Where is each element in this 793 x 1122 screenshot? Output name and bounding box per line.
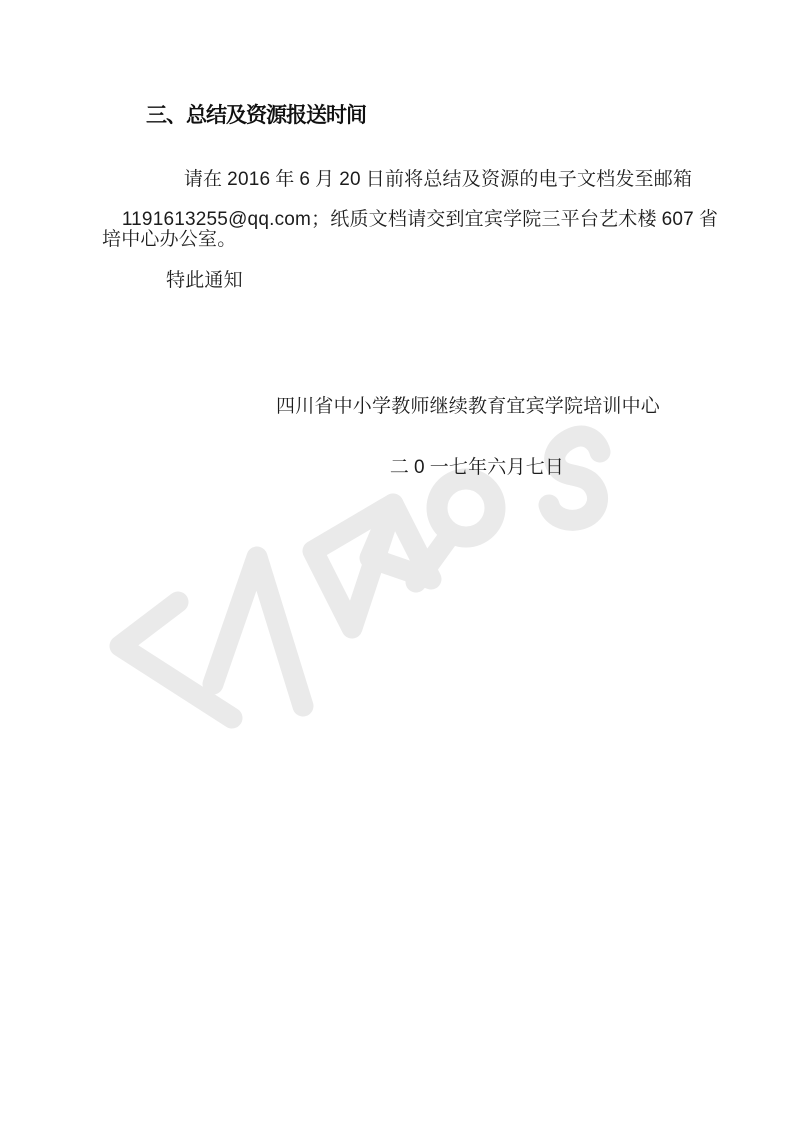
wps-p-stem-stroke (416, 535, 450, 582)
signature-date: 二 0 一七年六月七日 (370, 439, 564, 496)
text-segment: 省 (694, 209, 718, 230)
text-segment: 二 (390, 457, 414, 478)
signature-organization: 四川省中小学教师继续教育宜宾学院培训中心 (276, 397, 660, 416)
text-segment: ；纸质文档请交到宜宾学院三平台艺术楼 (311, 209, 662, 230)
text-segment: 日前将总结及资源的电子文档发至邮箱 (361, 169, 692, 190)
wps-w-chevron-stroke (120, 602, 232, 718)
text-segment: 年 (270, 169, 299, 190)
wps-w-triangle-small-stroke (370, 504, 431, 579)
wps-w-triangle-large-stroke (313, 504, 393, 628)
text-segment: 月 (310, 169, 339, 190)
paragraph-line-3: 培中心办公室。 (102, 230, 236, 249)
room-number: 607 (662, 209, 694, 230)
wps-w-peak-stroke (213, 557, 303, 706)
email-address: 1191613255@qq.com (122, 209, 311, 230)
day-number: 20 (339, 169, 361, 190)
document-page: 三、总结及资源报送时间 请在 2016 年 6 月 20 日前将总结及资源的电子… (0, 0, 793, 1122)
month-number: 6 (299, 169, 310, 190)
date-zero-digit: 0 (414, 457, 425, 478)
text-segment: 一七年六月七日 (425, 457, 564, 478)
text-segment: 请在 (184, 169, 227, 190)
year-number: 2016 (227, 169, 270, 190)
closing-phrase: 特此通知 (166, 271, 243, 290)
section-heading: 三、总结及资源报送时间 (146, 105, 366, 126)
